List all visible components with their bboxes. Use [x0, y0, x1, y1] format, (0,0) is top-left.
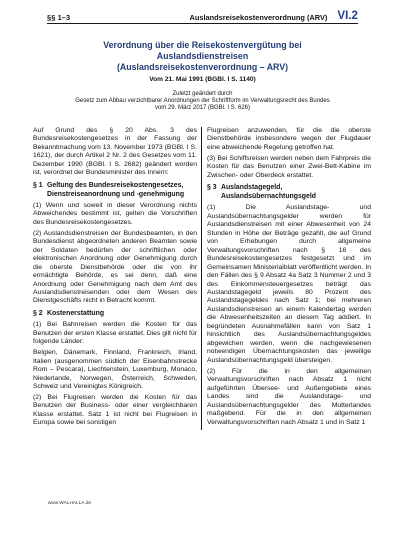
regulation-subtitle: (Auslandsreisekostenverordnung – ARV) — [18, 62, 387, 73]
intro-paragraph: Auf Grund des § 20 Abs. 3 des Bundesreis… — [33, 127, 197, 178]
section-3-para-2: (2) Für die in den allgemeinen Verwaltun… — [207, 368, 371, 427]
section-1-title: Geltung des Bundesreisekostengesetzes, D… — [47, 182, 197, 199]
header-chapter-number: VI.2 — [337, 10, 358, 22]
section-3-number: § 3 — [207, 184, 221, 201]
regulation-date: Vom 21. Mai 1991 (BGBl. I S. 1140) — [18, 76, 387, 83]
regulation-title: Verordnung über die Reisekostenvergütung… — [77, 40, 329, 61]
section-1-para-2: (2) Auslandsdienstreisen der Bundesbeamt… — [33, 230, 197, 306]
publisher-url: www.WALHALLA.de — [48, 500, 91, 505]
section-2-title: Kostenerstattung — [47, 310, 197, 319]
section-2-para-1: (1) Bei Bahnreisen werden die Kosten für… — [33, 321, 197, 346]
header-section-range: §§ 1–3 — [47, 13, 70, 22]
section-2-para-2-start: (2) Bei Flugreisen werden die Kosten für… — [33, 394, 197, 428]
page-header: §§ 1–3 Auslandsreisekostenverordnung (AR… — [47, 10, 358, 24]
section-2-para-3: (3) Bei Schiffsreisen werden neben dem F… — [207, 155, 371, 180]
section-3-para-1: (1) Die Auslandstage- und Auslandsüberna… — [207, 204, 371, 365]
amendment-date: vom 29. März 2017 (BGBl. I S. 626) — [18, 105, 387, 111]
section-1-number: § 1 — [33, 182, 47, 199]
section-2-country-list: Belgien, Dänemark, Finnland, Frankreich,… — [33, 349, 197, 391]
header-regulation-name: Auslandsreisekostenverordnung (ARV) — [190, 13, 338, 22]
right-column: Flugreisen anzuwenden, für die die obers… — [207, 127, 371, 430]
section-3-title: Auslandstagegeld, Auslandsübernachtungsg… — [221, 184, 371, 201]
section-1-para-1: (1) Wenn und soweit in dieser Verordnung… — [33, 202, 197, 227]
column-divider-rule — [201, 127, 202, 430]
amendment-source: Gesetz zum Abbau verzichtbarer Anordnung… — [18, 98, 387, 104]
section-2-para-2-continued: Flugreisen anzuwenden, für die die obers… — [207, 127, 371, 152]
section-1-heading: § 1 Geltung des Bundesreisekostengesetze… — [33, 182, 197, 199]
document-page: §§ 1–3 Auslandsreisekostenverordnung (AR… — [0, 0, 405, 536]
body-columns: Auf Grund des § 20 Abs. 3 des Bundesreis… — [33, 127, 371, 430]
amendment-intro: Zuletzt geändert durch — [18, 91, 387, 97]
left-column: Auf Grund des § 20 Abs. 3 des Bundesreis… — [33, 127, 197, 430]
section-2-number: § 2 — [33, 310, 47, 319]
section-3-heading: § 3 Auslandstagegeld, Auslandsübernachtu… — [207, 184, 371, 201]
section-2-heading: § 2 Kostenerstattung — [33, 310, 197, 319]
title-block: Verordnung über die Reisekostenvergütung… — [18, 40, 387, 111]
